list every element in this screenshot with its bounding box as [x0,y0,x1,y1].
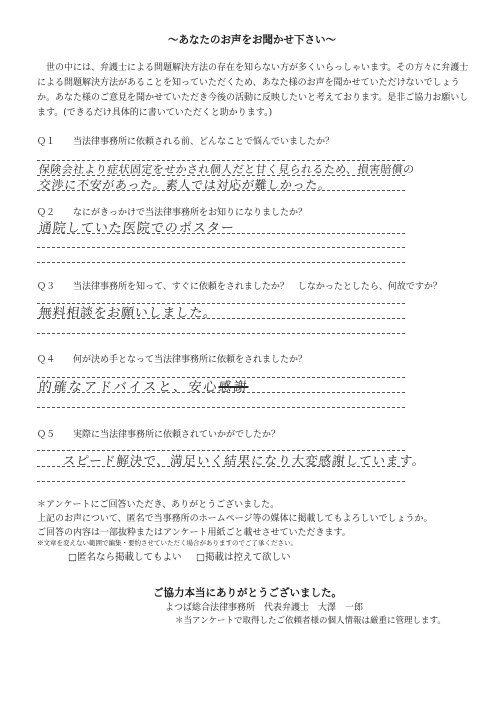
intro-line: による問題解決方法があることを知っていただくため、あなた様のお声を聞かせていただ… [37,76,468,91]
handwritten-answer: 交渉に不安があった。素人では対応が難しかった。 [38,176,332,193]
question-text: 当法律事務所を知って、すぐに依頼をされましたか？ しなかったとしたら、何故ですか… [73,281,442,293]
handwritten-answer: 通院していた医院でのポスター [38,217,236,236]
question-text: 実際に当法律事務所に依頼されていかがでしたか？ [73,429,280,441]
answer-line[interactable] [37,247,405,248]
closing-thanks: ご協力本当にありがとうございました。 [153,587,342,600]
checkbox-decline[interactable]: □掲載は控えて欲しい [196,552,290,564]
handwritten-answer: スピード解決で、満足いく結果になり大変感謝しています。 [62,451,427,469]
answer-line[interactable] [37,481,405,482]
answer-text: 的確なアドバイスと、安心 [38,380,219,395]
question-text: 当法律事務所に依頼される前、どんなことで悩んでいましたか？ [73,136,334,148]
consent-detail: ご回答の内容は一部抜粋またはアンケート用紙ごと載せさせていただきます。 [37,527,351,539]
handwritten-answer: 保険会社より症状固定をせかされ個人だと甘く見られるため、損害賠償の [38,161,415,177]
struck-out-text: 感謝 [218,380,250,395]
handwritten-answer: 無料相談をお願いしました。 [38,302,218,321]
answer-line[interactable] [37,407,405,408]
handwritten-answer: 的確なアドバイスと、安心感謝 [38,376,250,395]
question-label: Ｑ４ [37,354,55,366]
question-label: Ｑ３ [37,281,55,293]
answer-line[interactable] [37,333,405,334]
intro-line: 世の中には、弁護士による問題解決方法の存在を知らない方が多くいらっしゃいます。そ… [37,61,468,76]
intro-paragraph: 世の中には、弁護士による問題解決方法の存在を知らない方が多くいらっしゃいます。そ… [37,61,468,121]
intro-line: ます。(できるだけ具体的に書いていただくと助かります。) [37,106,468,121]
answer-line[interactable] [37,262,405,263]
checkbox-anonymous-ok[interactable]: □匿名なら掲載してもよい [68,552,181,564]
page-title: ～あなたのお声をお聞かせ下さい～ [0,34,500,47]
intro-line: か。あなた様のご意見を聞かせていただき今後の活動に反映したいと考えております。是… [37,91,468,106]
question-label: Ｑ１ [37,136,55,148]
survey-thanks: ＊アンケートにご回答いただき、ありがとうございました。 [37,499,279,511]
edit-note: ※文章を変えない範囲で編集・要約させていただく場合がありますのでご了承ください。 [37,539,297,548]
question-label: Ｑ５ [37,429,55,441]
question-text: 何が決め手となって当法律事務所に依頼をされましたか？ [73,354,307,366]
signature: よつば総合法律事務所 代表弁護士 大澤 一郎 [165,602,363,614]
privacy-note: ＊当アンケートで取得したご依頼者様の個人情報は厳重に管理します。 [175,616,446,627]
consent-question: 上記のお声について、匿名で当事務所のホームページ等の媒体に掲載してもよろしいでし… [37,513,432,525]
